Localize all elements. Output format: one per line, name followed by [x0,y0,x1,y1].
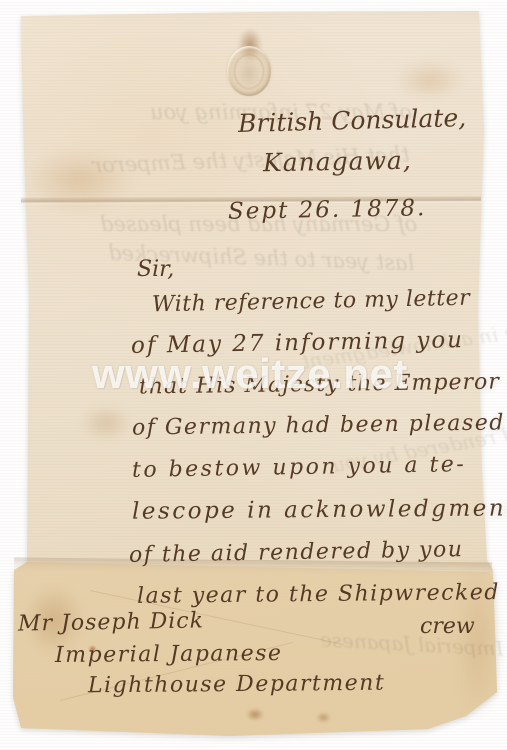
age-smudge [395,60,465,100]
body-line-crew: crew [420,614,475,639]
age-smudge [80,405,132,441]
heading-place-line: British Consulate, [238,103,467,138]
website-watermark: www.weitze.net [92,350,408,398]
salutation-line: Sir, [137,257,174,282]
addressee-name-line: Mr Joseph Dick [18,608,204,636]
seal-crest-icon [234,54,264,89]
embossed-seal-icon [227,46,271,96]
heading-date-line: Sept 26. 1878. [228,195,427,224]
body-line: of Germany had been pleased [132,410,505,440]
rust-spot [246,708,264,721]
body-line: lescope in acknowledgment [132,495,507,524]
addressee-dept-line: Lighthouse Department [88,671,385,699]
rust-spot [316,712,331,723]
addressee-org-line: Imperial Japanese [55,641,283,668]
heading-city-line: Kanagawa, [263,146,412,178]
body-line: last year to the Shipwrecked [137,580,500,609]
letter-photograph: of May 27 informing you that His Majesty… [0,0,507,750]
